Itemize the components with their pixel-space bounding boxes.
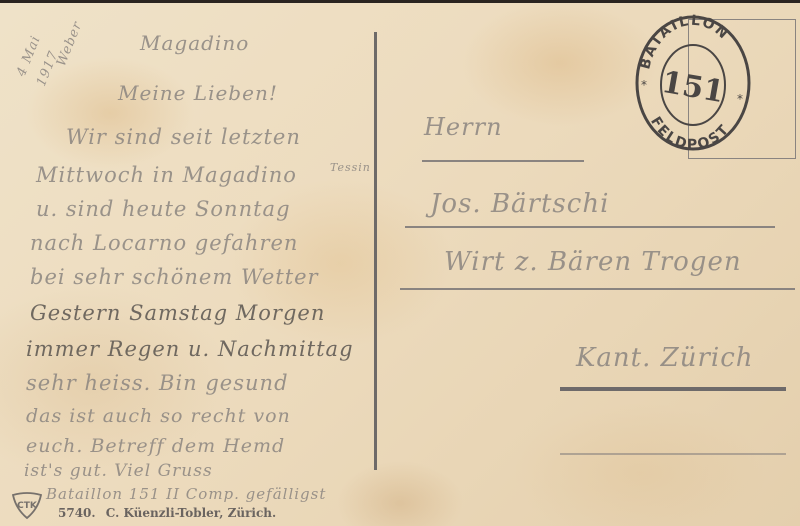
message-line: das ist auch so recht von (26, 405, 291, 427)
vertical-divider (374, 32, 377, 470)
address-line-1 (422, 160, 584, 162)
message-line: Gestern Samstag Morgen (30, 301, 325, 325)
postmark-bottom-text: FELDPOST (647, 114, 733, 153)
postmark-star-right: * (737, 92, 743, 106)
ctk-logo-icon: CTK (10, 489, 44, 521)
address-line2-text: Wirt z. Bären Trogen (444, 247, 742, 277)
message-line: Mittwoch in Magadino (36, 163, 297, 187)
message-header: Magadino (140, 31, 249, 55)
address-salutation: Herrn (424, 113, 503, 141)
address-line-2 (405, 226, 775, 228)
message-line: bei sehr schönem Wetter (30, 265, 319, 289)
feldpost-postmark: BATAILLON FELDPOST * * 151 (634, 11, 752, 153)
svg-text:BATAILLON: BATAILLON (637, 13, 732, 71)
message-signoff: Bataillon 151 II Comp. gefälligst (46, 485, 326, 503)
address-line3-text: Kant. Zürich (576, 343, 754, 373)
address-line-5 (560, 453, 786, 455)
message-line: u. sind heute Sonntag (36, 197, 291, 221)
message-greeting: Meine Lieben! (118, 81, 278, 105)
message-line: euch. Betreff dem Hemd (26, 435, 285, 457)
postmark-top-text: BATAILLON (637, 13, 732, 71)
card-number: 5740. (58, 506, 96, 520)
message-line: sehr heiss. Bin gesund (26, 371, 289, 395)
message-insert: Tessin (330, 161, 371, 174)
margin-note-name: Weber (54, 19, 86, 68)
address-line-4 (560, 387, 786, 391)
message-line: ist's gut. Viel Gruss (24, 461, 213, 481)
publisher-name: C. Küenzli-Tobler, Zürich. (106, 506, 276, 520)
message-line: nach Locarno gefahren (30, 231, 298, 255)
printer-imprint: 5740. C. Küenzli-Tobler, Zürich. (58, 506, 276, 520)
message-line: Wir sind seit letzten (66, 125, 301, 149)
svg-text:CTK: CTK (17, 501, 38, 511)
address-name: Jos. Bärtschi (430, 189, 609, 219)
svg-text:FELDPOST: FELDPOST (647, 114, 733, 153)
postcard: 4 Mai 1917 Weber Magadino Meine Lieben! … (0, 3, 800, 526)
address-line-3 (400, 288, 795, 290)
message-line: immer Regen u. Nachmittag (26, 337, 354, 361)
postmark-number: 151 (659, 65, 727, 110)
postmark-star-left: * (641, 78, 647, 92)
